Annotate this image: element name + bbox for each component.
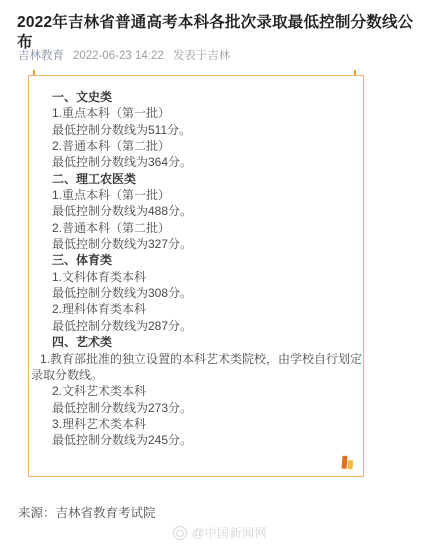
content-line: 最低控制分数线为488分。 — [29, 203, 363, 219]
content-line: 最低控制分数线为308分。 — [29, 285, 363, 301]
content-line: 录取分数线。 — [29, 367, 363, 383]
publish-location: 发表于吉林 — [173, 50, 231, 62]
content-line: 三、体育类 — [29, 252, 363, 268]
content-line: 二、理工农医类 — [29, 171, 363, 187]
account-name-link[interactable]: 吉林教育 — [18, 50, 64, 62]
content-line: 1.文科体育类本科 — [29, 269, 363, 285]
source-attribution: 来源：吉林省教育考试院 — [18, 503, 156, 521]
content-lines: 一、文史类1.重点本科（第一批）最低控制分数线为511分。2.普通本科（第二批）… — [29, 89, 363, 449]
content-line: 最低控制分数线为287分。 — [29, 318, 363, 334]
content-line: 2.理科体育类本科 — [29, 301, 363, 317]
article-page: 2022年吉林省普通高考本科各批次录取最低控制分数线公布 吉林教育2022-06… — [0, 0, 440, 545]
content-line: 最低控制分数线为327分。 — [29, 236, 363, 252]
content-line: 最低控制分数线为511分。 — [29, 122, 363, 138]
content-line: 1.重点本科（第一批） — [29, 187, 363, 203]
stamp-bar-yellow — [348, 460, 354, 469]
content-line: 2.普通本科（第二批） — [29, 220, 363, 236]
content-line: 最低控制分数线为273分。 — [29, 400, 363, 416]
content-line: 2.普通本科（第二批） — [29, 138, 363, 154]
content-line: 1.重点本科（第一批） — [29, 105, 363, 121]
content-line: 2.文科艺术类本科 — [29, 383, 363, 399]
content-line: 一、文史类 — [29, 89, 363, 105]
stamp-bar-orange — [342, 456, 348, 469]
content-line: 四、艺术类 — [29, 334, 363, 350]
content-line: 3.理科艺术类本科 — [29, 416, 363, 432]
document-stamp-icon — [342, 456, 354, 470]
watermark: @中国新闻网 — [0, 524, 440, 541]
china-news-logo-icon — [173, 526, 187, 540]
byline: 吉林教育2022-06-23 14:22发表于吉林 — [18, 47, 230, 63]
content-line: 最低控制分数线为364分。 — [29, 154, 363, 170]
watermark-text: @中国新闻网 — [192, 524, 267, 541]
content-line: 最低控制分数线为245分。 — [29, 432, 363, 448]
publish-timestamp: 2022-06-23 14:22 — [73, 50, 164, 62]
content-line: 1.教育部批准的独立设置的本科艺术类院校，由学校自行划定 — [29, 351, 363, 367]
announcement-box: 一、文史类1.重点本科（第一批）最低控制分数线为511分。2.普通本科（第二批）… — [28, 75, 364, 477]
